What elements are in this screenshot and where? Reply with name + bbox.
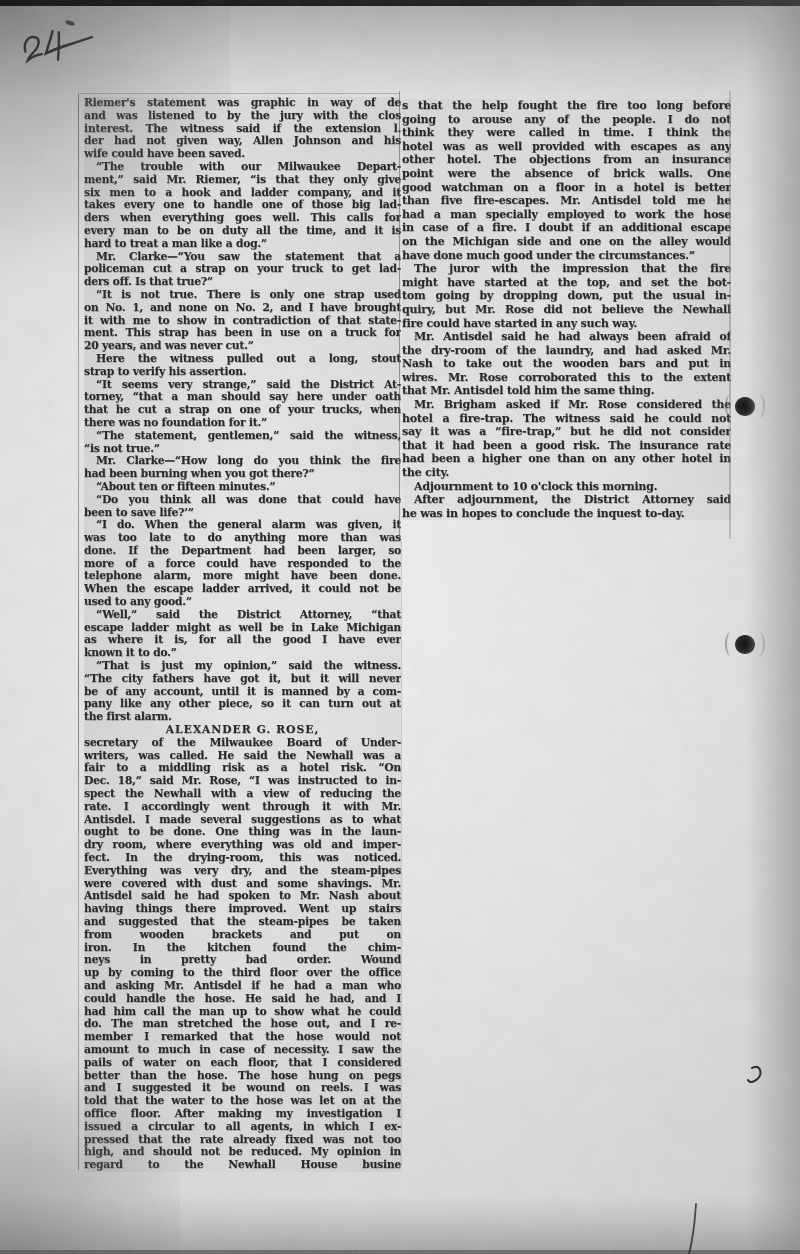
newsprint-line: hotel was as well provided with escapes … (402, 140, 731, 154)
newsprint-line: and asking Mr. Antisdel if he had a man … (84, 980, 401, 993)
newsprint-line: known it to do.” (84, 647, 401, 660)
newsprint-line: ment. This strap has been in use on a tr… (84, 327, 401, 340)
newsprint-line: s that the help fought the fire too long… (402, 99, 731, 113)
newsprint-line: Dec. 18,” said Mr. Rose, “I was instruct… (84, 775, 401, 788)
newsprint-line: had been a higher one than on any other … (402, 452, 731, 466)
newsprint-line: tom going by dropping down, put the usua… (402, 289, 731, 303)
newsprint-line: “About ten or fifteen minutes.” (84, 481, 401, 494)
newsprint-line: done. If the Department had been larger,… (84, 545, 401, 558)
newsprint-line: wires. Mr. Rose corroborated this to the… (402, 371, 731, 385)
newsprint-line: had been burning when you got there?” (84, 468, 401, 481)
newsprint-line: hotel a fire-trap. The witness said he c… (402, 412, 731, 426)
newsprint-line: dry room, where everything was old and i… (84, 839, 401, 852)
newsprint-line: up by coming to the third floor over the… (84, 967, 401, 980)
newsprint-line: Adjournment to 10 o'clock this morning. (402, 480, 731, 494)
newsprint-line: fect. In the drying-room, this was notic… (84, 852, 401, 865)
newsprint-line: used to any good.” (84, 596, 401, 609)
column-rule (399, 91, 400, 541)
newsprint-line: Mr. Antisdel said he had always been afr… (402, 330, 731, 344)
newsprint-line: in case of a fire. I doubt if an additio… (402, 221, 731, 235)
newsprint-line: be of any account, until it is manned by… (84, 686, 401, 699)
newsprint-line: think they were called in time. I think … (402, 126, 731, 140)
newsprint-line: fire could have started in any such way. (402, 317, 731, 331)
newsprint-line: have done much good under the circumstan… (402, 249, 731, 263)
newsprint-line: do. The man stretched the hose out, and … (84, 1018, 401, 1031)
page-shading-top-left (0, 0, 230, 300)
newsprint-line: “It seems very strange,” said the Distri… (84, 379, 401, 392)
newsprint-line: Mr. Clarke—“How long do you think the fi… (84, 455, 401, 468)
newsprint-line: “is not true.” (84, 443, 401, 456)
newsprint-line: neys in pretty bad order. Wound (84, 954, 401, 967)
newsprint-line: Antisdel said he had spoken to Mr. Nash … (84, 890, 401, 903)
newsprint-line: point were the absence of brick walls. O… (402, 167, 731, 181)
newsprint-line: was too late to do anything more than wa… (84, 532, 401, 545)
newspaper-column-right: s that the help fought the fire too long… (402, 99, 731, 520)
newsprint-line: that he cut a strap on one of your truck… (84, 404, 401, 417)
newsprint-line: ought to be done. One thing was in the l… (84, 826, 401, 839)
newsprint-line: and suggested that the steam-pipes be ta… (84, 916, 401, 929)
newsprint-line: “Well,” said the District Attorney, “tha… (84, 609, 401, 622)
newsprint-line: quiry, but Mr. Rose did not believe the … (402, 303, 731, 317)
newsprint-line: were covered with dust and some shavings… (84, 878, 401, 891)
newsprint-line: on No. 1, and none on No. 2, and I have … (84, 302, 401, 315)
newsprint-line: Here the witness pulled out a long, stou… (84, 353, 401, 366)
page-shading-bottom-left (0, 1034, 180, 1254)
scan-top-edge (0, 0, 800, 6)
newsprint-line: other hotel. The objections from an insu… (402, 153, 731, 167)
scan-bottom-edge (0, 1250, 800, 1254)
newsprint-line: more of a force could have responded to … (84, 558, 401, 571)
newsprint-line: had him call the man up to show what he … (84, 1006, 401, 1019)
newsprint-line: “The statement, gentlemen,” said the wit… (84, 430, 401, 443)
newsprint-line: “I do. When the general alarm was given,… (84, 519, 401, 532)
newsprint-line: writers, was called. He said the Newhall… (84, 750, 401, 763)
newsprint-line: the dry-room of the laundry, and had ask… (402, 344, 731, 358)
newsprint-line: “Do you think all was done that could ha… (84, 494, 401, 507)
newsprint-line: than five fire-escapes. Mr. Antisdel tol… (402, 194, 731, 208)
newsprint-line: After adjournment, the District Attorney… (402, 493, 731, 507)
newsprint-line: that Mr. Antisdel told him the same thin… (402, 384, 731, 398)
clipping-right-edge (729, 91, 731, 539)
newsprint-line: torney, “that a man should say here unde… (84, 391, 401, 404)
newsprint-line: “That is just my opinion,” said the witn… (84, 660, 401, 673)
newsprint-line: rate. I accordingly went through it with… (84, 801, 401, 814)
newsprint-line: iron. In the kitchen found the chim- (84, 942, 401, 955)
newsprint-line: fair to a middling risk as a hotel risk.… (84, 762, 401, 775)
newsprint-line: might have started at the top, and set t… (402, 276, 731, 290)
newsprint-line: good watchman on a floor in a hotel is b… (402, 181, 731, 195)
newsprint-line: spect the Newhall with a view of reducin… (84, 788, 401, 801)
newsprint-line: he was in hopes to conclude the inquest … (402, 507, 731, 521)
newsprint-line: Everything was very dry, and the steam-p… (84, 865, 401, 878)
newsprint-line: escape ladder might as well be in Lake M… (84, 622, 401, 635)
newsprint-line: on the Michigan side and one on the alle… (402, 235, 731, 249)
newsprint-line: telephone alarm, more might have been do… (84, 570, 401, 583)
newsprint-line: “The city fathers have got it, but it wi… (84, 673, 401, 686)
newsprint-line: had a man specially employed to work the… (402, 208, 731, 222)
newsprint-line: that it had been a good risk. The insura… (402, 439, 731, 453)
newsprint-line: pany like any other piece, so it can tur… (84, 698, 401, 711)
newsprint-line: Antisdel. I made several suggestions as … (84, 814, 401, 827)
newsprint-line: could handle the hose. He said he had, a… (84, 993, 401, 1006)
clipping-right-edge-lower (401, 541, 402, 1166)
newsprint-line: there was no foundation for it.” (84, 417, 401, 430)
newsprint-line: say it was a “fire-trap,” but he did not… (402, 425, 731, 439)
newsprint-line: from wooden brackets and put on (84, 929, 401, 942)
newsprint-line: having things there improved. Went up st… (84, 903, 401, 916)
newsprint-line: Nash to take out the wooden bars and put… (402, 357, 731, 371)
scanned-document-page: Riemer's statement was graphic in way of… (0, 0, 800, 1254)
newsprint-line: the city. (402, 466, 731, 480)
newsprint-line: 20 years, and was never cut.” (84, 340, 401, 353)
newsprint-line: as where it is, for all the good I have … (84, 634, 401, 647)
newsprint-line: it with me to show in contradiction of t… (84, 315, 401, 328)
article-heading: ALEXANDER G. ROSE, (84, 724, 401, 737)
newsprint-line: When the escape ladder arrived, it could… (84, 583, 401, 596)
newsprint-line: the first alarm. (84, 711, 401, 724)
page-shading-right (746, 0, 800, 1254)
newsprint-line: The juror with the impression that the f… (402, 262, 731, 276)
newsprint-line: been to save life?’” (84, 507, 401, 520)
newsprint-line: Mr. Brigham asked if Mr. Rose considered… (402, 398, 731, 412)
newsprint-line: going to arouse any of the people. I do … (402, 113, 731, 127)
newsprint-line: secretary of the Milwaukee Board of Unde… (84, 737, 401, 750)
newsprint-line: strap to verify his assertion. (84, 366, 401, 379)
